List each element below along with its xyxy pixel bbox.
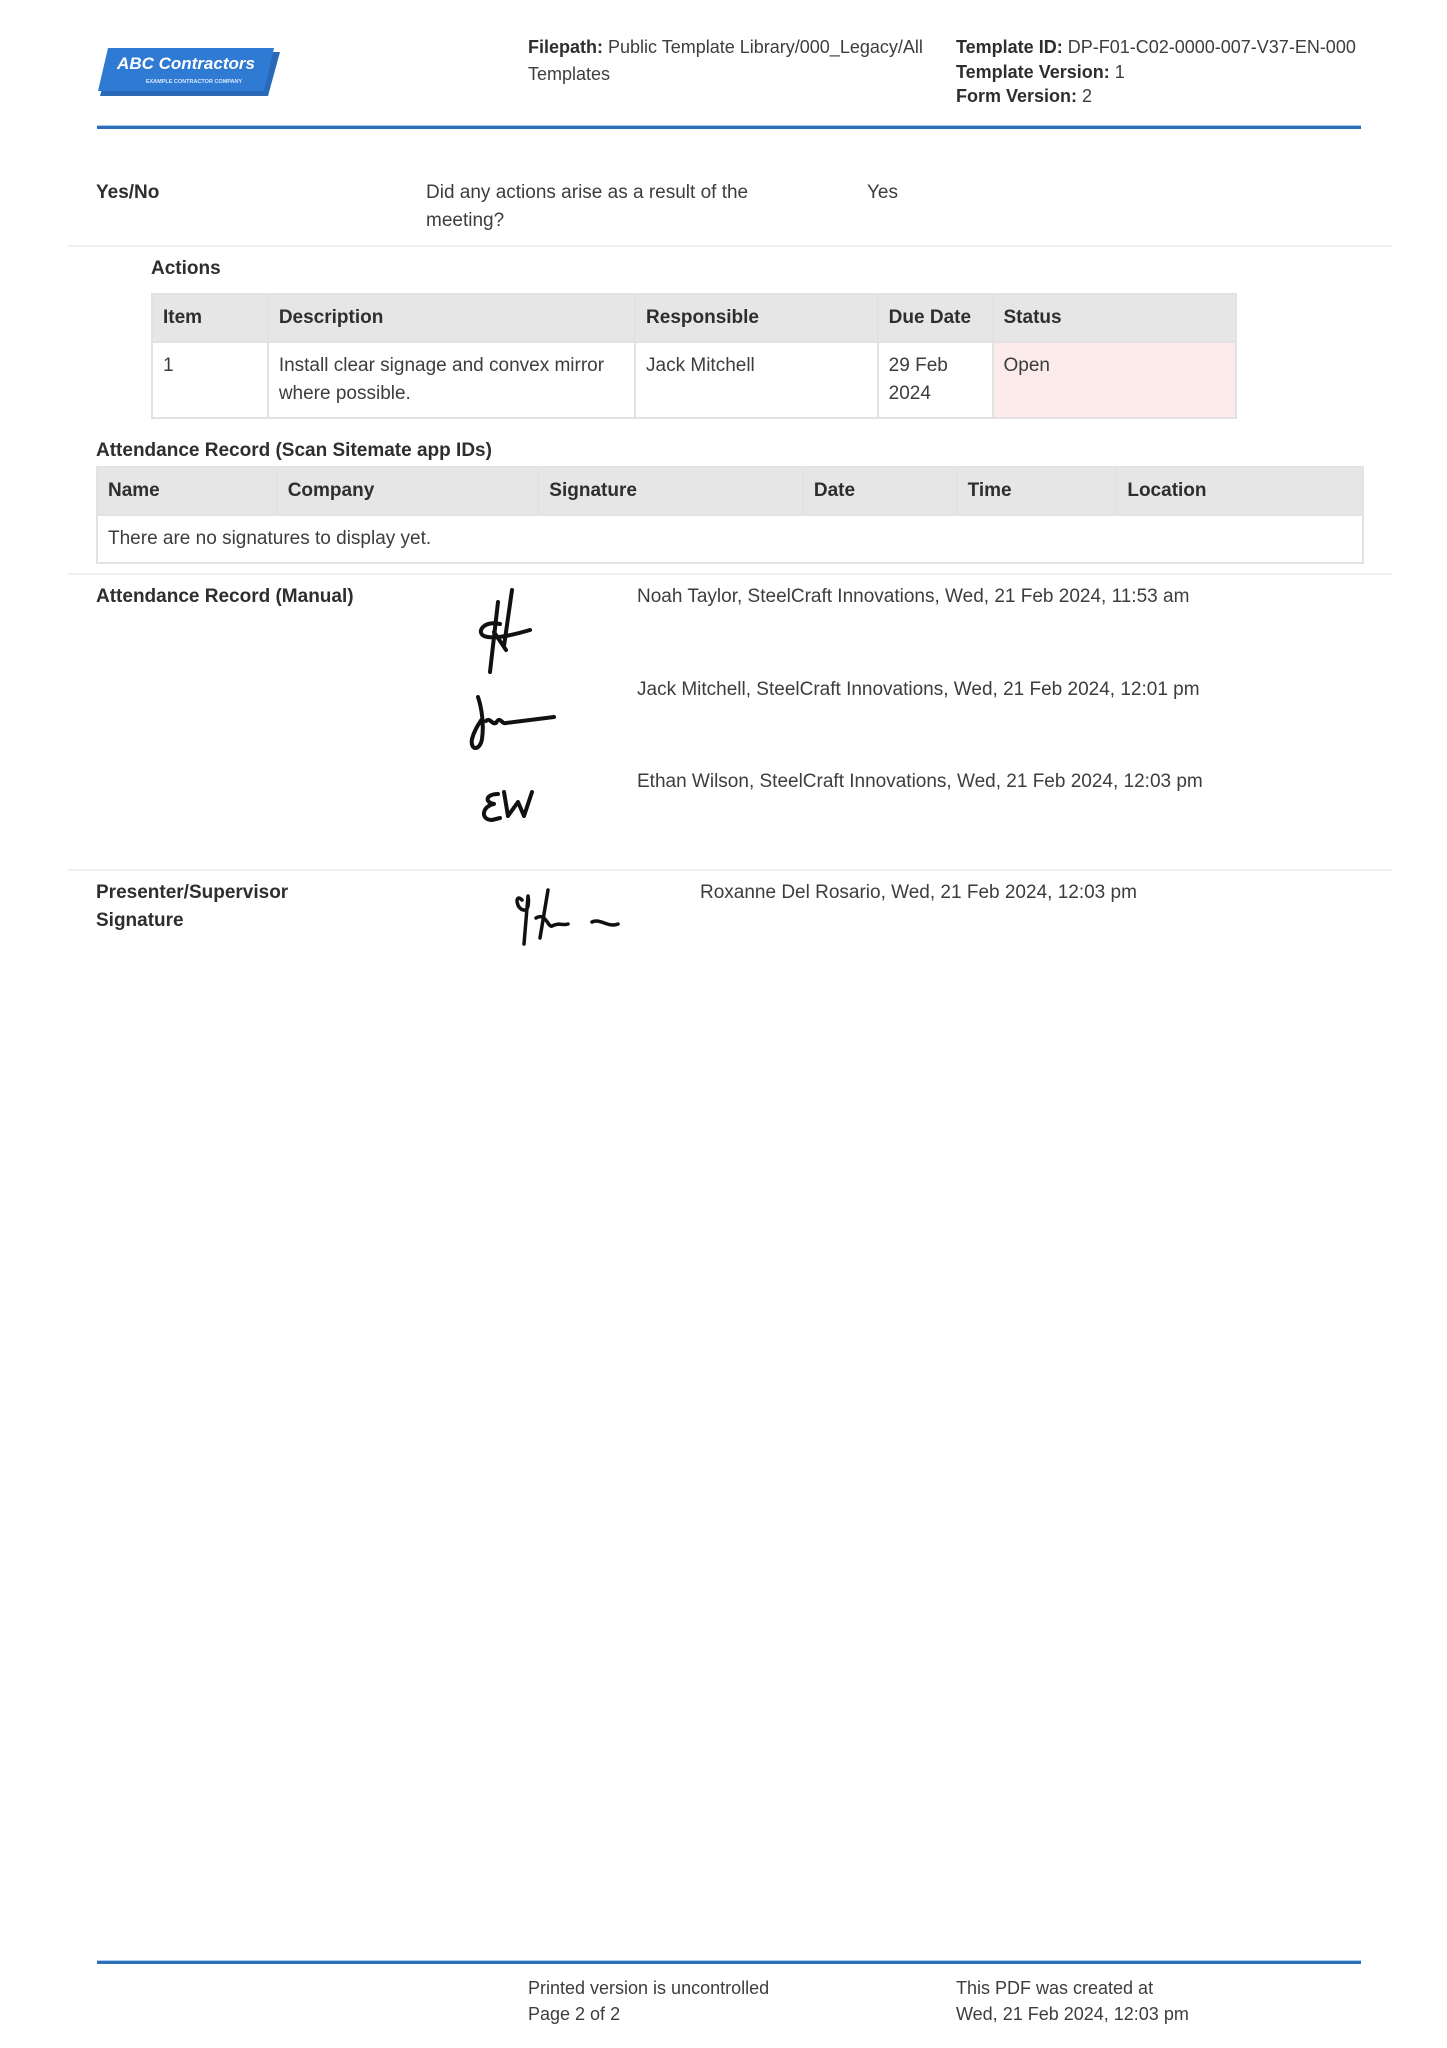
- template-version-value: 1: [1115, 62, 1125, 82]
- footer-left: Printed version is uncontrolled Page 2 o…: [528, 1975, 769, 2027]
- presenter-entry: Roxanne Del Rosario, Wed, 21 Feb 2024, 1…: [700, 879, 1137, 907]
- uncontrolled-notice: Printed version is uncontrolled: [528, 1975, 769, 2001]
- footer-right: This PDF was created at Wed, 21 Feb 2024…: [956, 1975, 1189, 2027]
- attendee-entry: Noah Taylor, SteelCraft Innovations, Wed…: [637, 583, 1189, 611]
- signature-image-jack: [468, 695, 558, 763]
- status-badge: Open: [993, 342, 1237, 418]
- actions-table: Item Description Responsible Due Date St…: [151, 293, 1237, 419]
- template-version-label: Template Version:: [956, 62, 1110, 82]
- attendee-entry: Ethan Wilson, SteelCraft Innovations, We…: [637, 768, 1203, 796]
- template-version: Template Version: 1: [956, 59, 1396, 86]
- empty-message: There are no signatures to display yet.: [97, 515, 1363, 563]
- form-version-label: Form Version:: [956, 86, 1077, 106]
- empty-row: There are no signatures to display yet.: [97, 515, 1363, 563]
- logo-name: ABC Contractors: [116, 54, 255, 73]
- section-divider: [68, 869, 1392, 871]
- col-signature: Signature: [538, 467, 803, 515]
- table-row: 1 Install clear signage and convex mirro…: [152, 342, 1236, 418]
- created-value: Wed, 21 Feb 2024, 12:03 pm: [956, 2001, 1189, 2027]
- template-meta: Template ID: DP-F01-C02-0000-007-V37-EN-…: [956, 34, 1396, 110]
- company-logo: ABC Contractors EXAMPLE CONTRACTOR COMPA…: [98, 48, 280, 100]
- cell-item: 1: [152, 342, 268, 418]
- filepath: Filepath: Public Template Library/000_Le…: [528, 34, 928, 88]
- col-date: Date: [803, 467, 957, 515]
- attendance-scan-title: Attendance Record (Scan Sitemate app IDs…: [96, 437, 492, 465]
- col-company: Company: [277, 467, 539, 515]
- created-label: This PDF was created at: [956, 1975, 1189, 2001]
- actions-title: Actions: [151, 255, 221, 283]
- footer-divider: [97, 1961, 1361, 1964]
- col-time: Time: [957, 467, 1117, 515]
- col-item: Item: [152, 294, 268, 342]
- col-name: Name: [97, 467, 277, 515]
- form-version-value: 2: [1082, 86, 1092, 106]
- attendee-entry: Jack Mitchell, SteelCraft Innovations, W…: [637, 676, 1200, 704]
- col-responsible: Responsible: [635, 294, 878, 342]
- section-divider: [68, 245, 1392, 247]
- yes-no-question: Did any actions arise as a result of the…: [426, 179, 786, 235]
- attendance-manual-title: Attendance Record (Manual): [96, 583, 354, 611]
- col-due-date: Due Date: [878, 294, 993, 342]
- col-status: Status: [993, 294, 1237, 342]
- col-description: Description: [268, 294, 635, 342]
- yes-no-answer: Yes: [867, 179, 898, 207]
- header-divider: [97, 126, 1361, 129]
- filepath-label: Filepath:: [528, 37, 603, 57]
- logo-tagline: EXAMPLE CONTRACTOR COMPANY: [146, 79, 243, 85]
- template-id: Template ID: DP-F01-C02-0000-007-V37-EN-…: [956, 34, 1396, 61]
- cell-due-date: 29 Feb 2024: [878, 342, 993, 418]
- cell-description: Install clear signage and convex mirror …: [268, 342, 635, 418]
- template-id-value: DP-F01-C02-0000-007-V37-EN-000: [1068, 37, 1356, 57]
- signature-image-ethan: [478, 788, 542, 834]
- col-location: Location: [1116, 467, 1363, 515]
- section-divider: [68, 573, 1392, 575]
- attendance-scan-table: Name Company Signature Date Time Locatio…: [96, 466, 1364, 564]
- cell-responsible: Jack Mitchell: [635, 342, 878, 418]
- template-id-label: Template ID:: [956, 37, 1063, 57]
- yes-no-label: Yes/No: [96, 179, 159, 207]
- signature-image-noah: [470, 588, 540, 680]
- actions-header-row: Item Description Responsible Due Date St…: [152, 294, 1236, 342]
- form-version: Form Version: 2: [956, 83, 1396, 110]
- page-number: Page 2 of 2: [528, 2001, 769, 2027]
- signature-image-presenter: [512, 888, 622, 954]
- attendance-header-row: Name Company Signature Date Time Locatio…: [97, 467, 1363, 515]
- presenter-title: Presenter/Supervisor Signature: [96, 879, 336, 935]
